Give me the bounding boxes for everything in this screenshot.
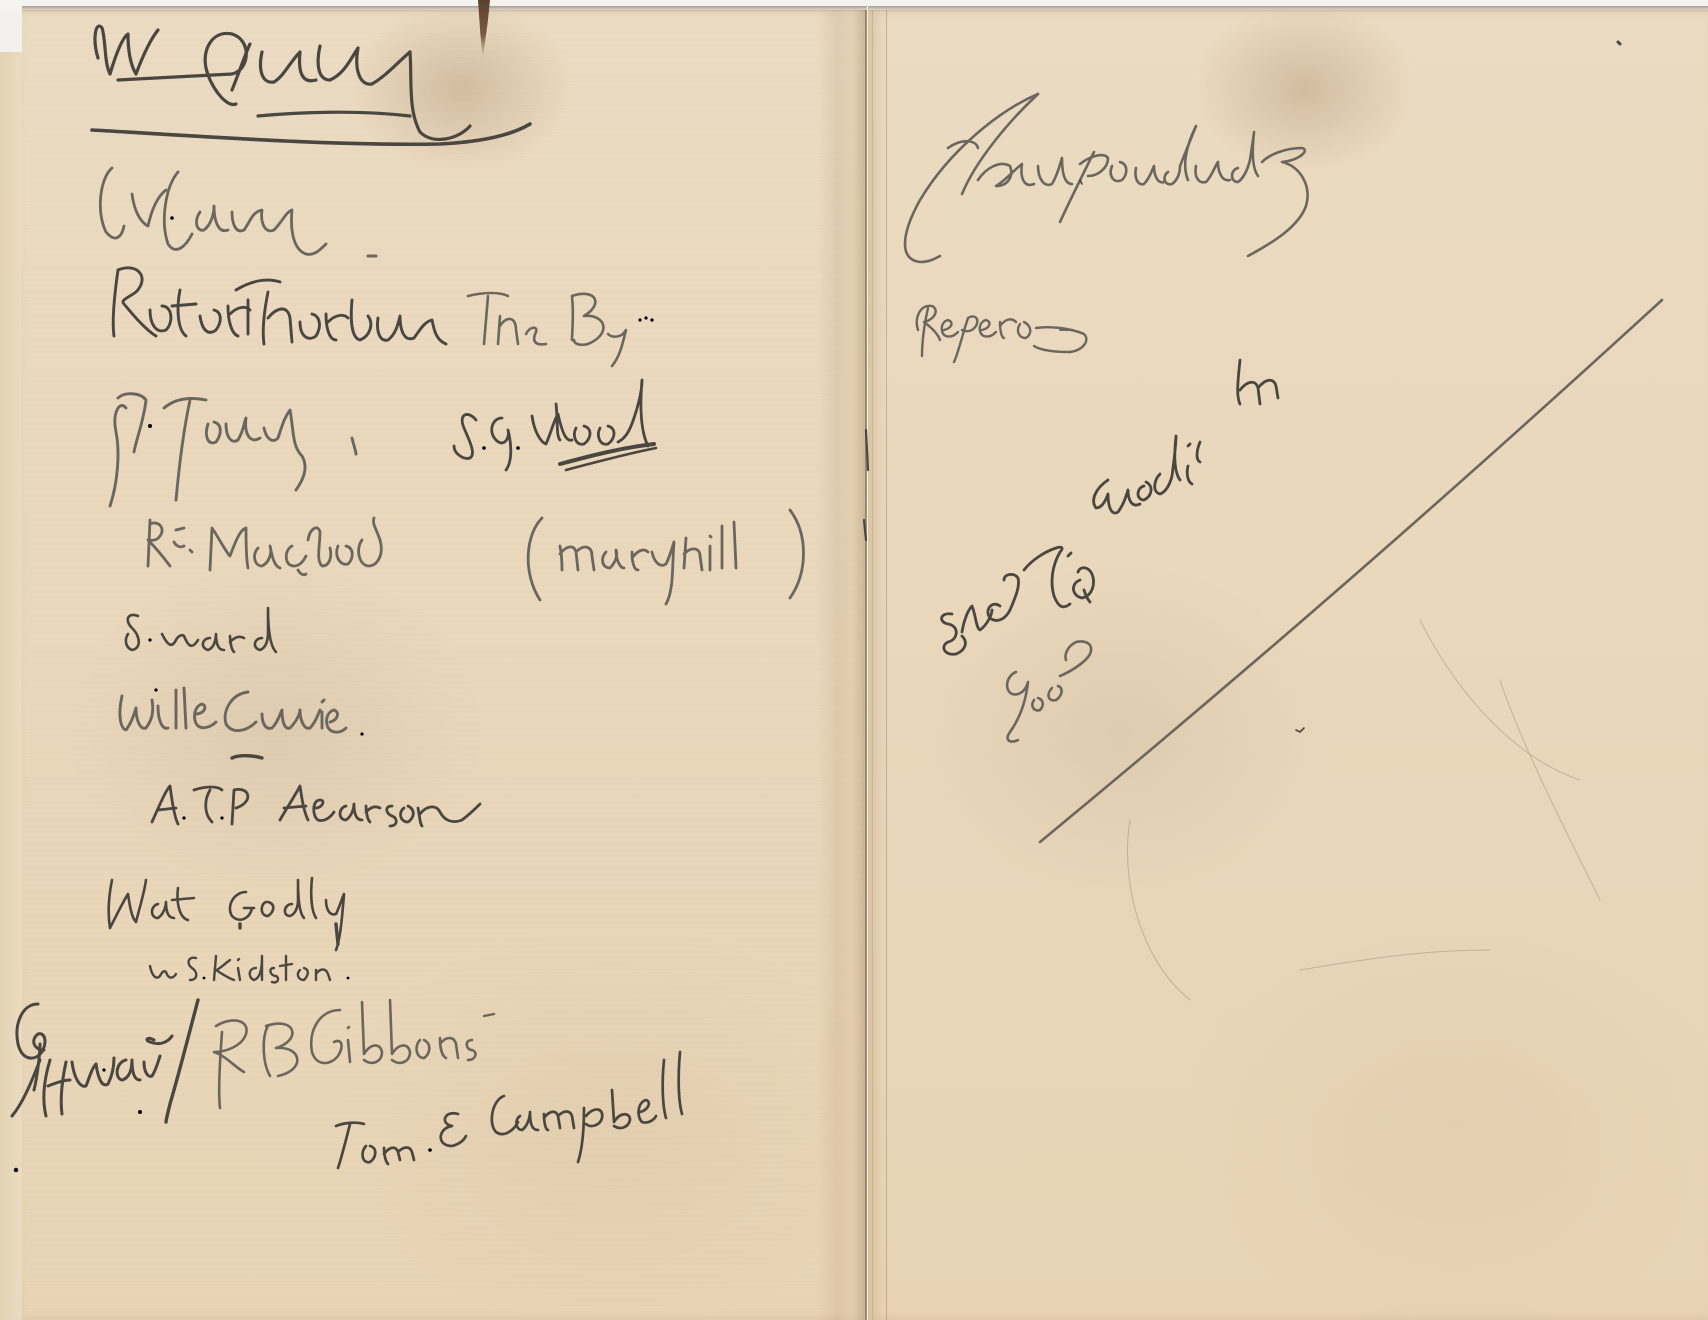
- signature-g-h-ward: [12, 1000, 198, 1172]
- signature-j-ward: [126, 608, 276, 652]
- signature-the-b: [468, 293, 654, 366]
- faint-ghost-markings: [1128, 620, 1601, 1000]
- scanned-document: W. G. Neely C. V. Carey. Robert Thorburn…: [0, 0, 1708, 1320]
- signature-w-s-kidston: [150, 956, 349, 982]
- signature-c-v-carey: [100, 168, 376, 256]
- signature-a-t-p-hearson: [152, 756, 480, 826]
- signature-crawford-lindsay: [905, 94, 1308, 262]
- signature-tom-e-campbell: [336, 1052, 682, 1168]
- signature-robert-thorburn: [113, 268, 446, 344]
- signature-s-g-wood: [454, 380, 656, 470]
- diagonal-pencil-line: [1040, 300, 1662, 842]
- signature-w-g-neely: [92, 26, 530, 144]
- signature-r-g-macleod: [148, 510, 804, 604]
- signature-willie-currie: [120, 688, 364, 736]
- signature-lord-inverclyde: [942, 360, 1278, 654]
- signature-j-young: [110, 394, 356, 506]
- signature-r-b-gibbons: [214, 1000, 494, 1108]
- signature-referee: [917, 306, 1087, 362]
- signature-good: [1007, 642, 1091, 742]
- signature-wat-godly: [109, 878, 344, 950]
- pencil-signatures-layer: [0, 0, 1708, 1320]
